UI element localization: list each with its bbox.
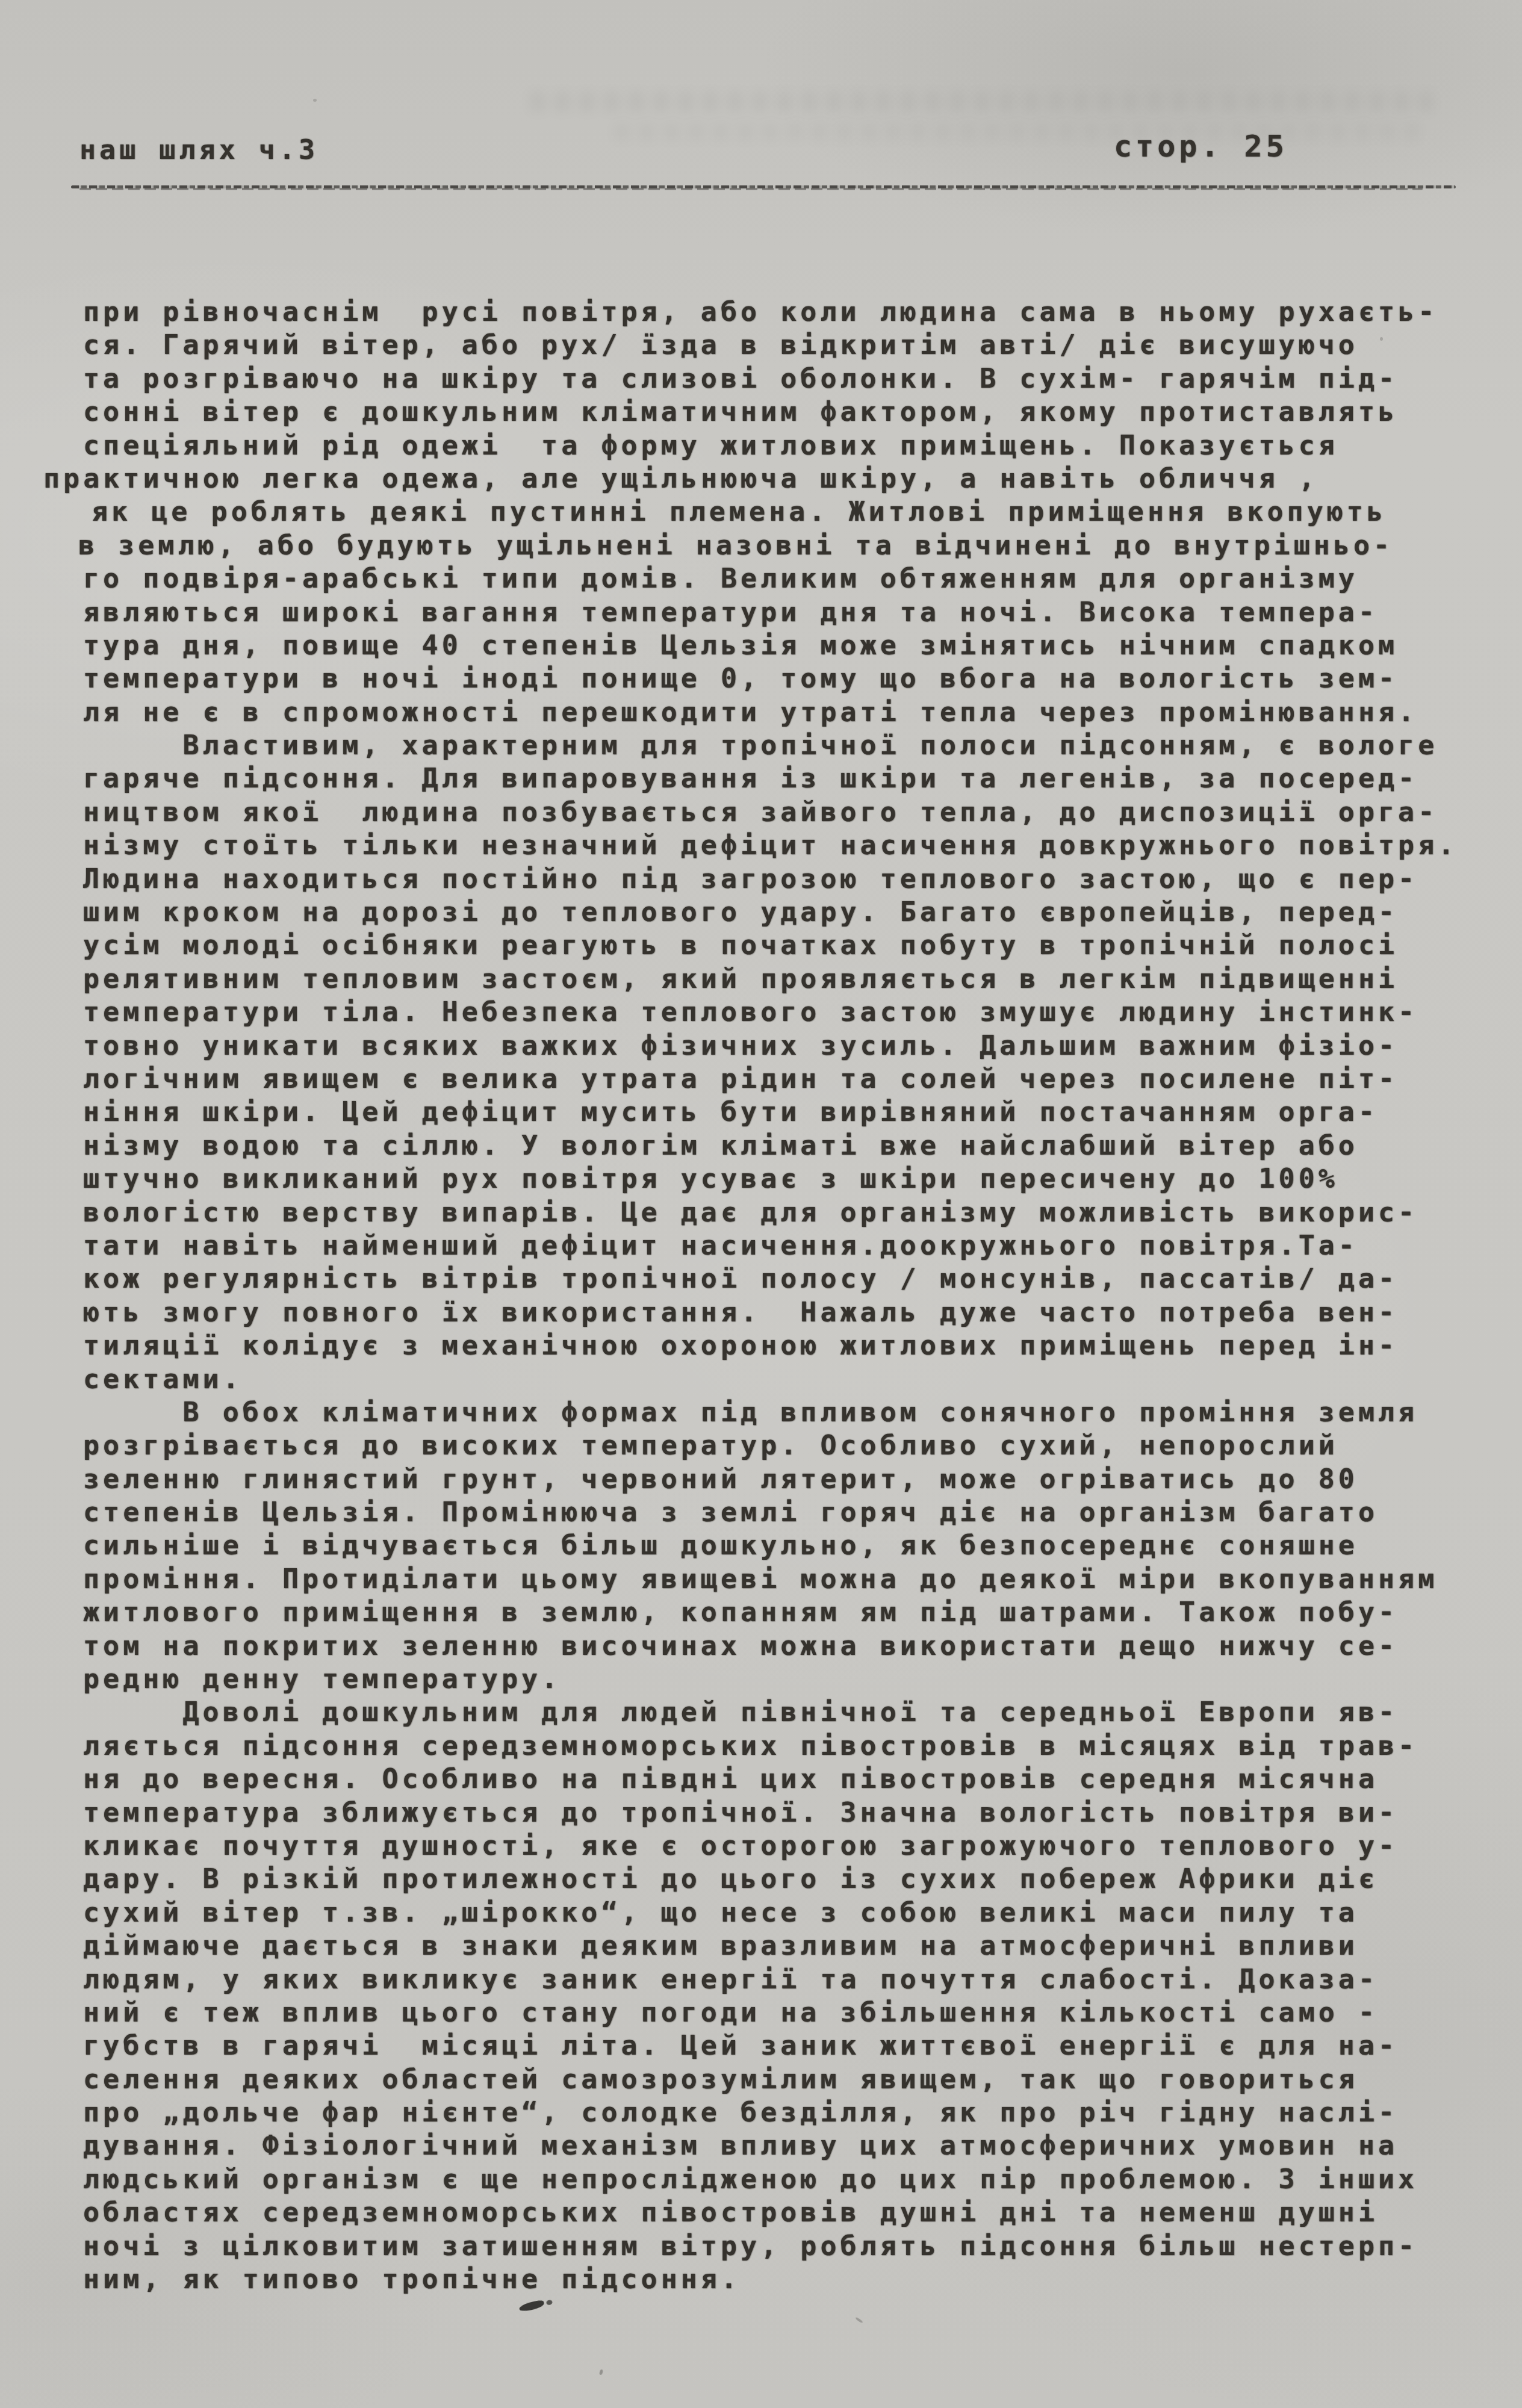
text-line: ночі з цілковитим затишенням вітру, робл… <box>83 2229 1492 2262</box>
text-line: ля не є в спроможності перешкодити утрат… <box>83 695 1492 728</box>
text-line: житлового приміщення в землю, копанням я… <box>83 1595 1492 1628</box>
text-line: про „дольче фар нієнте“, солодке безділл… <box>83 2096 1492 2129</box>
text-line: ним, як типово тропічне підсоння. <box>83 2262 1492 2295</box>
text-line: людський організм є ще непрослідженою до… <box>83 2162 1492 2195</box>
text-line: Людина находиться постійно під загрозою … <box>83 862 1492 895</box>
text-line: ють змогу повного їх використання. Нажал… <box>83 1296 1492 1329</box>
document-page: наш шлях ч.3 стор. 25 при рівночаснім ру… <box>0 0 1522 2408</box>
header-divider <box>71 184 1456 191</box>
text-line: ся. Гарячий вітер, або рух/ їзда в відкр… <box>83 328 1492 361</box>
text-line: ляється підсоння середземноморських піво… <box>83 1729 1492 1762</box>
text-line: областях середземноморських півостровів … <box>83 2195 1492 2229</box>
text-line: товно уникати всяких важких фізичних зус… <box>83 1029 1492 1062</box>
text-line: степенів Цельзія. Промінююча з землі гор… <box>83 1495 1492 1528</box>
text-line: сектами. <box>83 1362 1492 1395</box>
text-line: температури тіла. Небезпека теплового за… <box>83 995 1492 1028</box>
text-line: практичною легка одежа, але ущільнююча ш… <box>43 462 1492 495</box>
text-line: нізму стоїть тільки незначний дефіцит на… <box>83 828 1492 861</box>
text-line: ня до вересня. Особливо на півдні цих пі… <box>83 1762 1492 1795</box>
text-line: селення деяких областей самозрозумілим я… <box>83 2062 1492 2096</box>
text-line: сильніше і відчувається більш дошкульно,… <box>83 1528 1492 1562</box>
text-line: при рівночаснім русі повітря, або коли л… <box>83 295 1492 328</box>
text-line: зеленню глинястий грунт, червоний лятери… <box>83 1462 1492 1495</box>
text-line: ництвом якої людина позбувається зайвого… <box>83 795 1492 828</box>
ink-smudge <box>518 2300 545 2312</box>
text-line: дування. Фізіологічний механізм впливу ц… <box>83 2129 1492 2162</box>
bleed-through-smudge <box>530 92 1433 112</box>
text-line: нізму водою та сіллю. У вологім кліматі … <box>83 1129 1492 1162</box>
text-line: релятивним тепловим застоєм, який проявл… <box>83 962 1492 995</box>
ink-speck <box>855 2316 863 2323</box>
text-line: редню денну температуру. <box>83 1662 1492 1695</box>
page-number: стор. 25 <box>1114 129 1288 164</box>
text-line: розгрівається до високих температур. Осо… <box>83 1429 1492 1462</box>
text-line: являються широкі вагання температури дня… <box>83 595 1492 628</box>
text-line: в землю, або будують ущільнені назовні т… <box>78 529 1492 562</box>
text-line: дару. В різкій протилежності до цього із… <box>83 1862 1492 1895</box>
text-line: гаряче підсоння. Для випаровування із шк… <box>83 762 1492 795</box>
text-line: температури в ночі іноді понище 0, тому … <box>83 662 1492 695</box>
bleed-through-smudge <box>614 123 1427 141</box>
text-line: температура зближується до тропічної. Зн… <box>83 1796 1492 1829</box>
text-line: усім молоді осібняки реагують в початках… <box>83 928 1492 961</box>
ink-speck <box>212 944 214 947</box>
text-line: го подвіря-арабські типи домів. Великим … <box>83 562 1492 595</box>
text-line: кож регулярність вітрів тропічної полосу… <box>83 1262 1492 1295</box>
body-text: при рівночаснім русі повітря, або коли л… <box>83 295 1492 2295</box>
text-line: В обох кліматичних формах під впливом со… <box>83 1395 1492 1429</box>
text-line: кликає почуття душності, яке є осторогою… <box>83 1829 1492 1862</box>
text-line: сухий вітер т.зв. „шірокко“, що несе з с… <box>83 1896 1492 1929</box>
text-line: ніння шкіри. Цей дефіцит мусить бути вир… <box>83 1095 1492 1128</box>
text-line: сонні вітер є дошкульним кліматичним фак… <box>83 395 1492 428</box>
text-line: Доволі дошкульним для людей північної та… <box>83 1695 1492 1728</box>
text-line: діймаюче дається в знаки деяким вразливи… <box>83 1929 1492 1962</box>
text-line: спеціяльний рід одежі та форму житлових … <box>83 429 1492 462</box>
ink-speck <box>313 99 317 102</box>
text-line: як це роблять деякі пустинні племена. Жи… <box>92 495 1492 528</box>
ink-speck <box>1380 337 1383 341</box>
text-line: Властивим, характерним для тропічної пол… <box>83 728 1492 762</box>
text-line: тати навіть найменший дефіцит насичення.… <box>83 1229 1492 1262</box>
text-line: ний є теж вплив цього стану погоди на зб… <box>83 1996 1492 2029</box>
text-line: людям, у яких викликує заник енергії та … <box>83 1963 1492 1996</box>
text-line: та розгріваючо на шкіру та слизові оболо… <box>83 362 1492 395</box>
text-line: губств в гарячі місяці літа. Цей заник ж… <box>83 2029 1492 2062</box>
text-line: тура дня, повище 40 степенів Цельзія мож… <box>83 628 1492 662</box>
text-line: тиляції колідує з механічною охороною жи… <box>83 1329 1492 1362</box>
ink-speck <box>599 2369 603 2375</box>
journal-title: наш шлях ч.3 <box>79 134 318 166</box>
text-line: штучно викликаний рух повітря усуває з ш… <box>83 1162 1492 1195</box>
text-line: том на покритих зеленню височинах можна … <box>83 1629 1492 1662</box>
text-line: вологістю верству випарів. Це дає для ор… <box>83 1196 1492 1229</box>
text-line: проміння. Протиділати цьому явищеві можн… <box>83 1562 1492 1595</box>
text-line: логічним явищем є велика утрата рідин та… <box>83 1062 1492 1095</box>
text-line: шим кроком на дорозі до теплового удару.… <box>83 895 1492 928</box>
